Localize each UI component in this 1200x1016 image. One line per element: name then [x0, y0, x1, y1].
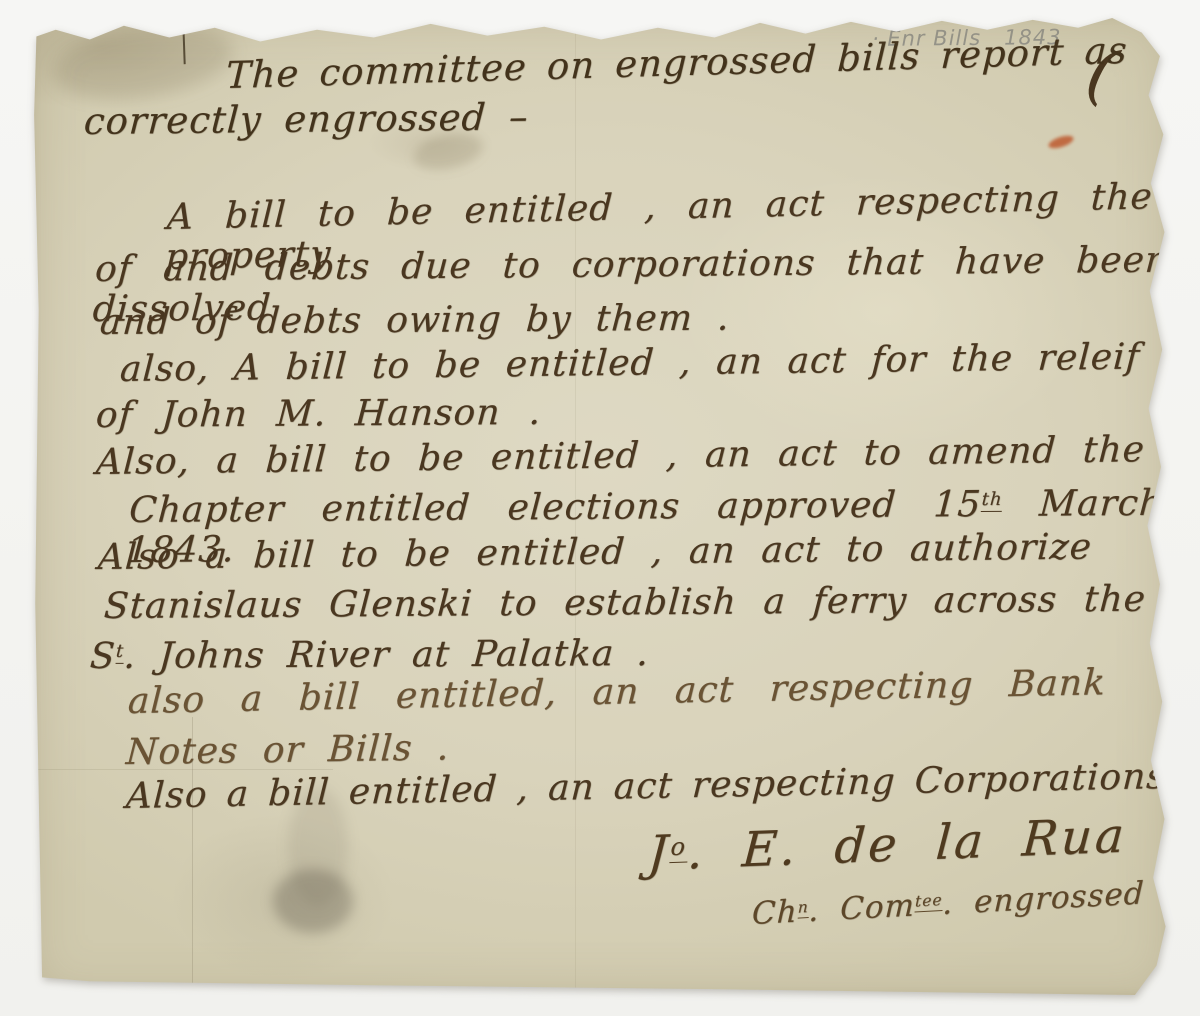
handwritten-line-bill4-c: St. Johns River at Palatka . [89, 634, 651, 677]
ink-bracket-mark [182, 24, 197, 64]
text-segment: Ch [751, 894, 798, 933]
handwritten-line-bill2-b: of John M. Hanson . [95, 393, 543, 436]
text-segment: of John M. Hanson . [95, 392, 543, 436]
text-segment: th [981, 489, 1003, 512]
stain-top-left [49, 15, 237, 109]
text-segment: Notes or Bills . [125, 727, 451, 773]
text-segment: Stanislaus Glenski to establish a ferry … [103, 579, 1148, 627]
text-segment: and of debts owing by them . [99, 298, 731, 343]
text-segment: . Johns River at Palatka . [123, 633, 651, 677]
text-segment: . E. de la Rua [686, 808, 1129, 881]
signature-title-line: Chn. Comtee. engrossed bills . [751, 870, 1200, 931]
red-stain [1047, 133, 1075, 151]
paper-shadow-wrap: · Enr Bills 1843 ( The committee on engr… [0, 0, 1200, 1016]
text-segment: J [646, 825, 672, 882]
text-segment: o [670, 832, 689, 863]
text-segment: The committee on engrossed bills report … [225, 29, 1128, 97]
text-segment: Chapter entitled elections approved 15 [128, 484, 983, 531]
dark-smudge-bottom [273, 869, 353, 933]
text-segment: correctly engrossed – [83, 95, 530, 143]
handwritten-line-bill1-c: and of debts owing by them . [99, 299, 731, 343]
text-segment: . Com [808, 887, 916, 929]
handwritten-line-opening-2: correctly engrossed – [83, 97, 530, 142]
handwritten-line-bill4-a: Also a bill to be entitled , an act to a… [97, 528, 1093, 578]
signature: Jo. E. de la Rua [646, 810, 1128, 881]
text-segment: . engrossed bills . [942, 869, 1200, 922]
text-segment: also, A bill to be entitled , an act for… [119, 337, 1141, 390]
text-segment: S [89, 636, 117, 677]
handwritten-line-bill5-b: Notes or Bills . [125, 728, 451, 772]
handwritten-line-opening: The committee on engrossed bills report … [225, 31, 1128, 97]
handwritten-line-bill3-a: Also, a bill to be entitled , an act to … [95, 430, 1146, 482]
text-segment: n [797, 898, 809, 919]
text-segment: Also, a bill to be entitled , an act to … [95, 429, 1146, 483]
handwritten-line-bill2-a: also, A bill to be entitled , an act for… [119, 338, 1141, 390]
document-paper: · Enr Bills 1843 ( The committee on engr… [33, 17, 1169, 995]
document-scan-background: · Enr Bills 1843 ( The committee on engr… [0, 0, 1200, 1016]
text-segment: tee [915, 891, 943, 913]
handwritten-line-bill4-b: Stanislaus Glenski to establish a ferry … [103, 580, 1147, 627]
